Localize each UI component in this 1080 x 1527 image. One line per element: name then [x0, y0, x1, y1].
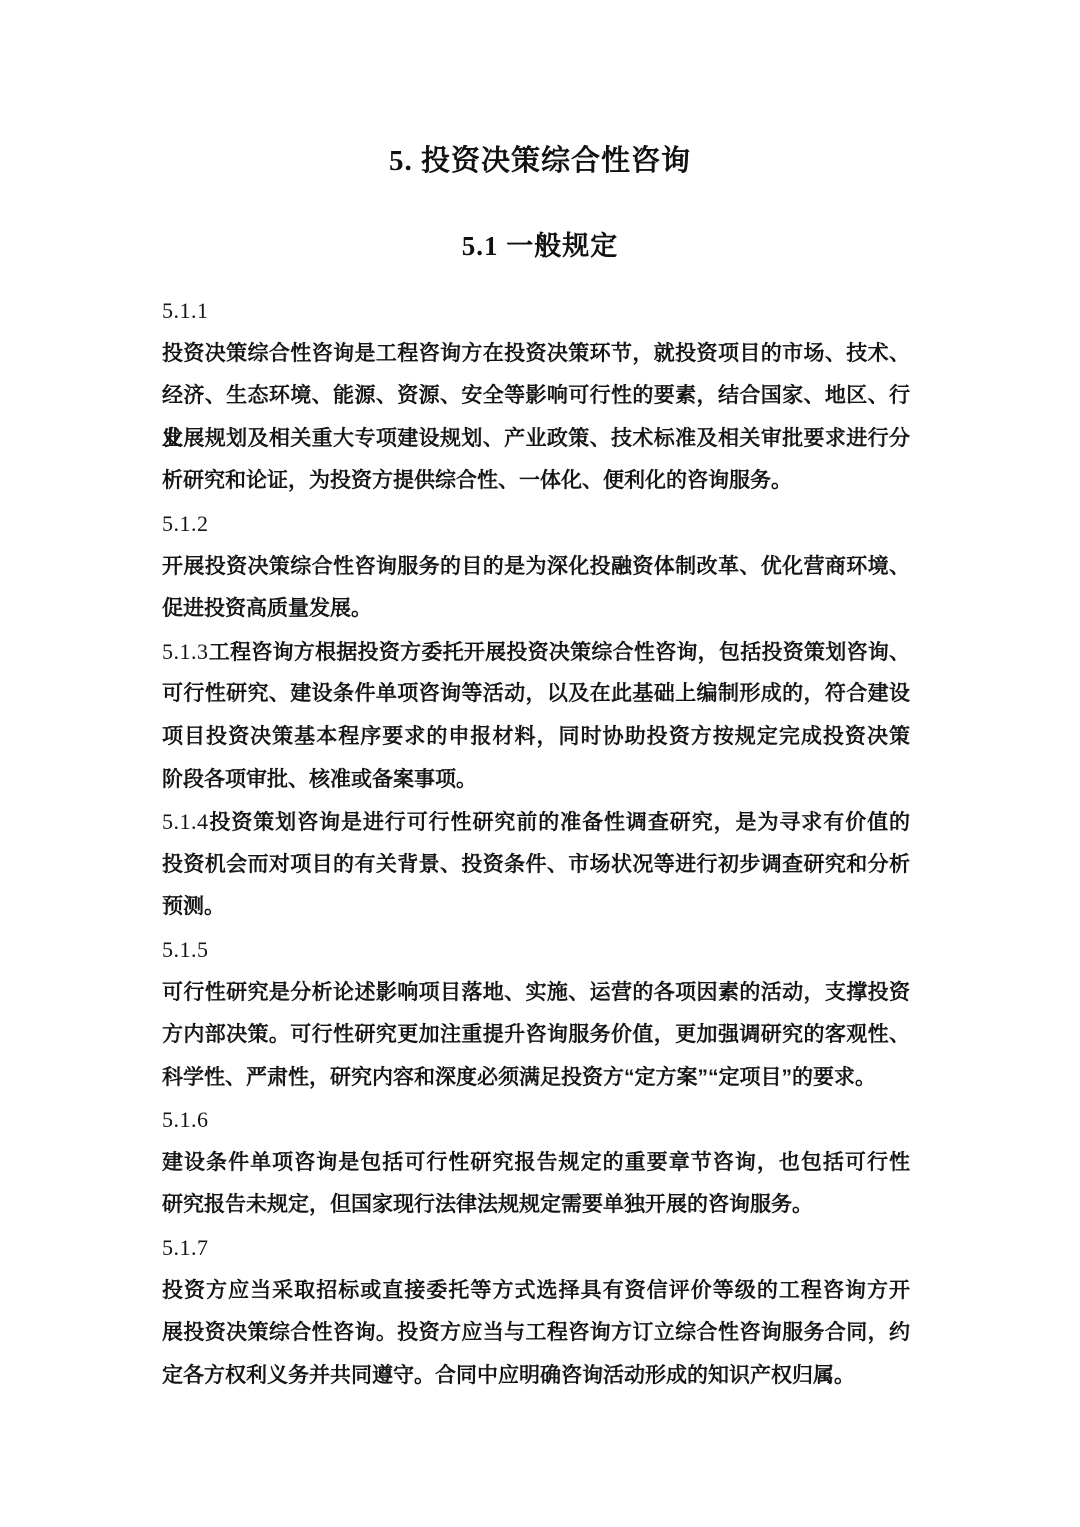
- line-text: 方内部决策。可行性研究更加注重提升咨询服务价值，更加强调研究的客观性、: [162, 1023, 910, 1046]
- text-line: 研究报告未规定，但国家现行法律法规规定需要单独开展的咨询服务。: [162, 1184, 910, 1227]
- section-number: 5.1.2: [162, 511, 209, 536]
- section-number: 5.1.3: [162, 639, 209, 664]
- line-text: 科学性、严肃性，研究内容和深度必须满足投资方“定方案”“定项目”的要求。: [162, 1066, 876, 1089]
- text-line: 5.1.1: [162, 290, 910, 333]
- text-line: 阶段各项审批、核准或备案事项。: [162, 759, 910, 802]
- document-body: 5.1.1投资决策综合性咨询是工程咨询方在投资决策环节，就投资项目的市场、技术、…: [162, 290, 910, 1397]
- text-line: 析研究和论证，为投资方提供综合性、一体化、便利化的咨询服务。: [162, 460, 910, 503]
- line-text: 发展规划及相关重大专项建设规划、产业政策、技术标准及相关审批要求进行分: [162, 427, 910, 450]
- line-text: 投资机会而对项目的有关背景、投资条件、市场状况等进行初步调查研究和分析: [162, 853, 910, 876]
- document-page: 5. 投资决策综合性咨询 5.1 一般规定 5.1.1投资决策综合性咨询是工程咨…: [0, 0, 1080, 1527]
- text-line: 5.1.5: [162, 929, 910, 972]
- page-title: 5. 投资决策综合性咨询: [0, 138, 1080, 179]
- line-text: 项目投资决策基本程序要求的申报材料，同时协助投资方按规定完成投资决策: [162, 725, 910, 748]
- text-line: 可行性研究、建设条件单项咨询等活动，以及在此基础上编制形成的，符合建设: [162, 673, 910, 716]
- line-text: 定各方权利义务并共同遵守。合同中应明确咨询活动形成的知识产权归属。: [162, 1364, 855, 1387]
- section-number: 5.1.7: [162, 1235, 209, 1260]
- text-line: 投资机会而对项目的有关背景、投资条件、市场状况等进行初步调查研究和分析: [162, 844, 910, 887]
- line-text: 投资策划咨询是进行可行性研究前的准备性调查研究，是为寻求有价值的: [209, 811, 911, 834]
- text-line: 5.1.4投资策划咨询是进行可行性研究前的准备性调查研究，是为寻求有价值的: [162, 801, 910, 844]
- text-line: 5.1.7: [162, 1227, 910, 1270]
- line-text: 建设条件单项咨询是包括可行性研究报告规定的重要章节咨询，也包括可行性: [162, 1151, 910, 1174]
- text-line: 建设条件单项咨询是包括可行性研究报告规定的重要章节咨询，也包括可行性: [162, 1142, 910, 1185]
- text-line: 开展投资决策综合性咨询服务的目的是为深化投融资体制改革、优化营商环境、: [162, 546, 910, 589]
- section-subtitle: 5.1 一般规定: [0, 224, 1080, 263]
- line-text: 投资方应当采取招标或直接委托等方式选择具有资信评价等级的工程咨询方开: [162, 1279, 910, 1302]
- text-line: 投资方应当采取招标或直接委托等方式选择具有资信评价等级的工程咨询方开: [162, 1270, 910, 1313]
- line-text: 阶段各项审批、核准或备案事项。: [162, 768, 477, 791]
- line-text: 促进投资高质量发展。: [162, 597, 372, 620]
- line-text: 展投资决策综合性咨询。投资方应当与工程咨询方订立综合性咨询服务合同，约: [162, 1321, 910, 1344]
- line-text: 工程咨询方根据投资方委托开展投资决策综合性咨询，包括投资策划咨询、: [209, 641, 911, 664]
- text-line: 5.1.6: [162, 1099, 910, 1142]
- line-text: 析研究和论证，为投资方提供综合性、一体化、便利化的咨询服务。: [162, 469, 792, 492]
- text-line: 经济、生态环境、能源、资源、安全等影响可行性的要素，结合国家、地区、行业: [162, 375, 910, 418]
- line-text: 可行性研究是分析论述影响项目落地、实施、运营的各项因素的活动，支撑投资: [162, 981, 910, 1004]
- text-line: 发展规划及相关重大专项建设规划、产业政策、技术标准及相关审批要求进行分: [162, 418, 910, 461]
- section-number: 5.1.5: [162, 937, 209, 962]
- line-text: 预测。: [162, 895, 225, 918]
- text-line: 5.1.2: [162, 503, 910, 546]
- text-line: 可行性研究是分析论述影响项目落地、实施、运营的各项因素的活动，支撑投资: [162, 972, 910, 1015]
- line-text: 可行性研究、建设条件单项咨询等活动，以及在此基础上编制形成的，符合建设: [162, 682, 910, 705]
- text-line: 预测。: [162, 886, 910, 929]
- text-line: 展投资决策综合性咨询。投资方应当与工程咨询方订立综合性咨询服务合同，约: [162, 1312, 910, 1355]
- text-line: 科学性、严肃性，研究内容和深度必须满足投资方“定方案”“定项目”的要求。: [162, 1057, 910, 1100]
- text-line: 促进投资高质量发展。: [162, 588, 910, 631]
- text-line: 定各方权利义务并共同遵守。合同中应明确咨询活动形成的知识产权归属。: [162, 1355, 910, 1398]
- text-line: 项目投资决策基本程序要求的申报材料，同时协助投资方按规定完成投资决策: [162, 716, 910, 759]
- text-line: 5.1.3工程咨询方根据投资方委托开展投资决策综合性咨询，包括投资策划咨询、: [162, 631, 910, 674]
- section-number: 5.1.6: [162, 1107, 209, 1132]
- line-text: 开展投资决策综合性咨询服务的目的是为深化投融资体制改革、优化营商环境、: [162, 555, 910, 578]
- text-line: 方内部决策。可行性研究更加注重提升咨询服务价值，更加强调研究的客观性、: [162, 1014, 910, 1057]
- text-line: 投资决策综合性咨询是工程咨询方在投资决策环节，就投资项目的市场、技术、: [162, 333, 910, 376]
- section-number: 5.1.1: [162, 298, 209, 323]
- section-number: 5.1.4: [162, 809, 209, 834]
- line-text: 研究报告未规定，但国家现行法律法规规定需要单独开展的咨询服务。: [162, 1193, 813, 1216]
- line-text: 投资决策综合性咨询是工程咨询方在投资决策环节，就投资项目的市场、技术、: [162, 342, 910, 365]
